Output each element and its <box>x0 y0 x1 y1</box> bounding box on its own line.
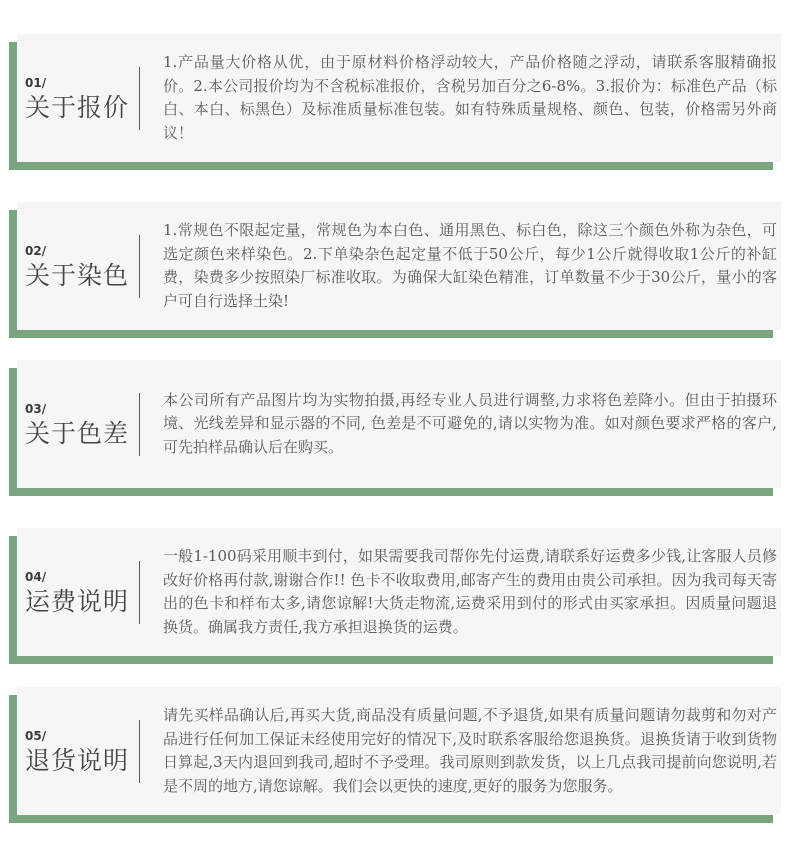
section-body: 一般1-100码采用顺丰到付，如果需要我司帮你先付运费,请联系好运费多少钱,让客… <box>163 528 777 656</box>
section-body: 本公司所有产品图片均为实物拍摄,再经专业人员进行调整,力求将色差降小。但由于拍摄… <box>163 360 777 488</box>
section-body-text: 1.常规色不限起定量，常规色为本白色、通用黑色、标白色，除这三个颜色外称为杂色，… <box>163 219 777 313</box>
info-card: 01/ 关于报价 1.产品量大价格从优，由于原材料价格浮动较大，产品价格随之浮动… <box>17 34 781 162</box>
section-returns: 05/ 退货说明 请先买样品确认后,再买大货,商品没有质量问题,不予退货,如果有… <box>0 687 790 823</box>
vertical-divider <box>139 67 140 130</box>
section-title: 关于染色 <box>25 260 137 292</box>
section-number: 04/ <box>25 570 137 584</box>
section-color-difference: 03/ 关于色差 本公司所有产品图片均为实物拍摄,再经专业人员进行调整,力求将色… <box>0 360 790 496</box>
section-title: 退货说明 <box>25 745 137 777</box>
section-label: 05/ 退货说明 <box>25 687 137 815</box>
section-pricing: 01/ 关于报价 1.产品量大价格从优，由于原材料价格浮动较大，产品价格随之浮动… <box>0 34 790 170</box>
section-number: 03/ <box>25 402 137 416</box>
section-number: 02/ <box>25 244 137 258</box>
section-title: 运费说明 <box>25 586 137 618</box>
section-title: 关于报价 <box>25 92 137 124</box>
section-body-text: 1.产品量大价格从优，由于原材料价格浮动较大，产品价格随之浮动，请联系客服精确报… <box>163 51 777 145</box>
section-body-text: 本公司所有产品图片均为实物拍摄,再经专业人员进行调整,力求将色差降小。但由于拍摄… <box>163 389 777 460</box>
section-label: 03/ 关于色差 <box>25 360 137 488</box>
section-body: 1.产品量大价格从优，由于原材料价格浮动较大，产品价格随之浮动，请联系客服精确报… <box>163 34 777 162</box>
info-card: 04/ 运费说明 一般1-100码采用顺丰到付，如果需要我司帮你先付运费,请联系… <box>17 528 781 656</box>
section-title: 关于色差 <box>25 418 137 450</box>
vertical-divider <box>139 720 140 783</box>
info-card: 03/ 关于色差 本公司所有产品图片均为实物拍摄,再经专业人员进行调整,力求将色… <box>17 360 781 488</box>
section-shipping: 04/ 运费说明 一般1-100码采用顺丰到付，如果需要我司帮你先付运费,请联系… <box>0 528 790 664</box>
section-body-text: 一般1-100码采用顺丰到付，如果需要我司帮你先付运费,请联系好运费多少钱,让客… <box>163 545 777 639</box>
section-label: 02/ 关于染色 <box>25 202 137 330</box>
section-body: 请先买样品确认后,再买大货,商品没有质量问题,不予退货,如果有质量问题请勿裁剪和… <box>163 687 777 815</box>
section-label: 04/ 运费说明 <box>25 528 137 656</box>
section-body: 1.常规色不限起定量，常规色为本白色、通用黑色、标白色，除这三个颜色外称为杂色，… <box>163 202 777 330</box>
section-number: 05/ <box>25 729 137 743</box>
section-number: 01/ <box>25 76 137 90</box>
section-body-text: 请先买样品确认后,再买大货,商品没有质量问题,不予退货,如果有质量问题请勿裁剪和… <box>163 704 777 798</box>
vertical-divider <box>139 393 140 456</box>
info-card: 05/ 退货说明 请先买样品确认后,再买大货,商品没有质量问题,不予退货,如果有… <box>17 687 781 815</box>
section-dyeing: 02/ 关于染色 1.常规色不限起定量，常规色为本白色、通用黑色、标白色，除这三… <box>0 202 790 338</box>
info-card: 02/ 关于染色 1.常规色不限起定量，常规色为本白色、通用黑色、标白色，除这三… <box>17 202 781 330</box>
section-label: 01/ 关于报价 <box>25 34 137 162</box>
vertical-divider <box>139 561 140 624</box>
vertical-divider <box>139 235 140 298</box>
